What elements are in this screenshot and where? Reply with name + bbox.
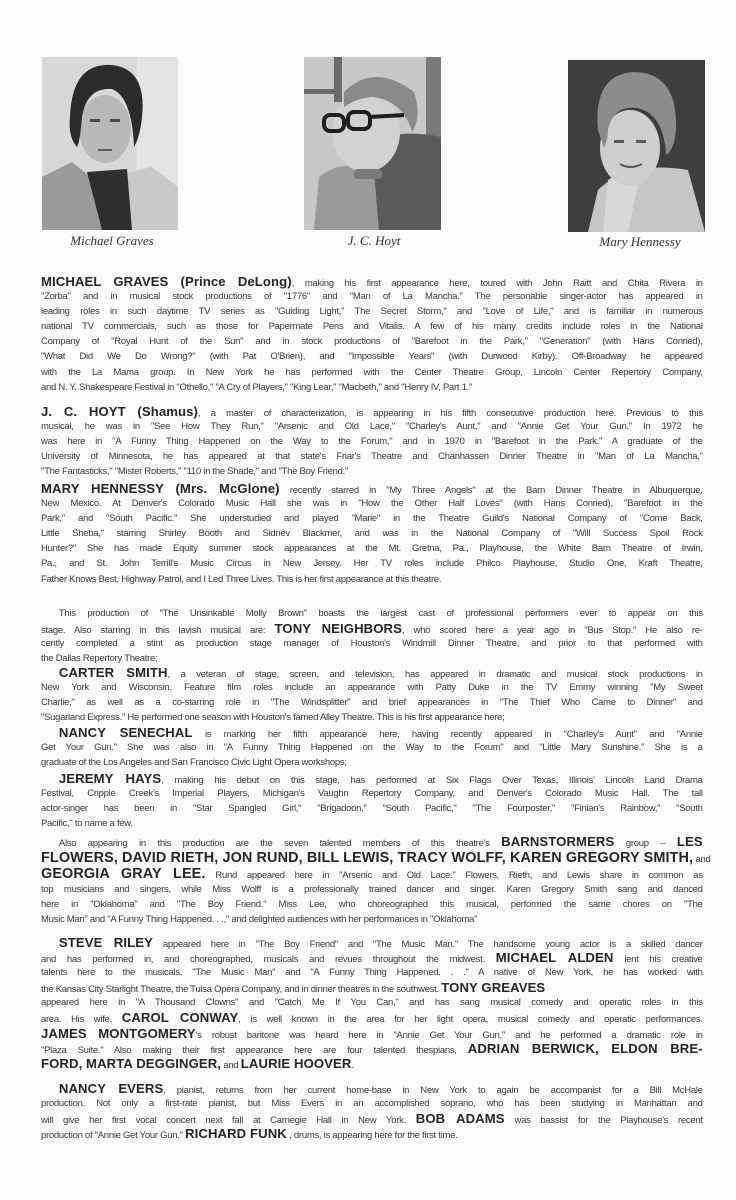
cast-name: NANCY EVERS xyxy=(59,1081,163,1096)
bio-carter-smith: CARTER SMITH, a veteran of stage, screen… xyxy=(41,665,703,725)
cast-names: FLOWERS, DAVID RIETH, JON RUND, BILL LEW… xyxy=(41,850,693,866)
cast-name: MICHAEL GRAVES (Prince DeLong) xyxy=(41,274,292,289)
cast-name: CAROL CONWAY xyxy=(122,1010,239,1025)
cast-name: JEREMY HAYS xyxy=(59,771,161,786)
caption-mary-hennessy: Mary Hennessy xyxy=(570,234,710,250)
bio-michael-graves: MICHAEL GRAVES (Prince DeLong), making h… xyxy=(41,274,703,395)
bio-mary-hennessy: MARY HENNESSY (Mrs. McGlone) recently st… xyxy=(41,481,703,587)
cast-name: LAURIE HOOVER xyxy=(241,1056,352,1071)
cast-name: TONY NEIGHBORS xyxy=(275,621,402,636)
cast-name: NANCY SENECHAL xyxy=(59,725,193,740)
bio-nancy-senechal: NANCY SENECHAL is marking her fifth appe… xyxy=(41,725,703,770)
riley-paragraph: STEVE RILEY appeared here in "The Boy Fr… xyxy=(41,935,703,1071)
cast-name: RICHARD FUNK xyxy=(185,1126,287,1141)
cast-name: GEORGIA GRAY LEE. xyxy=(41,866,206,882)
bio-jc-hoyt: J. C. HOYT (Shamus), a master of charact… xyxy=(41,404,703,479)
caption-jc-hoyt: J. C. Hoyt xyxy=(304,233,444,249)
photo-jc-hoyt xyxy=(304,57,441,230)
cast-names: FORD, MARTA DEGGINGER, xyxy=(41,1056,221,1071)
photo-mary-hennessy xyxy=(568,60,705,232)
cast-name: J. C. HOYT (Shamus) xyxy=(41,404,198,419)
barnstormers-paragraph: Also appearing in this production are th… xyxy=(41,834,703,927)
caption-michael-graves: Michael Graves xyxy=(42,233,182,249)
cast-name: BOB ADAMS xyxy=(416,1111,505,1126)
bio-jeremy-hays: JEREMY HAYS, making his debut on this st… xyxy=(41,771,703,831)
evers-paragraph: NANCY EVERS, pianist, returns from her c… xyxy=(41,1081,703,1141)
cast-name: STEVE RILEY xyxy=(59,935,153,950)
group-name: BARNSTORMERS xyxy=(501,834,614,849)
photo-michael-graves xyxy=(42,57,178,230)
cast-name: CARTER SMITH xyxy=(59,665,168,680)
cast-name: MARY HENNESSY (Mrs. McGlone) xyxy=(41,481,280,496)
cast-name: JAMES MONTGOMERY xyxy=(41,1026,196,1041)
cast-names: ADRIAN BERWICK, ELDON BRE- xyxy=(468,1041,703,1056)
production-paragraph: This production of "The Unsinkable Molly… xyxy=(41,606,703,666)
cast-name: MICHAEL ALDEN xyxy=(496,950,614,965)
cast-name: TONY GREAVES xyxy=(441,980,545,995)
